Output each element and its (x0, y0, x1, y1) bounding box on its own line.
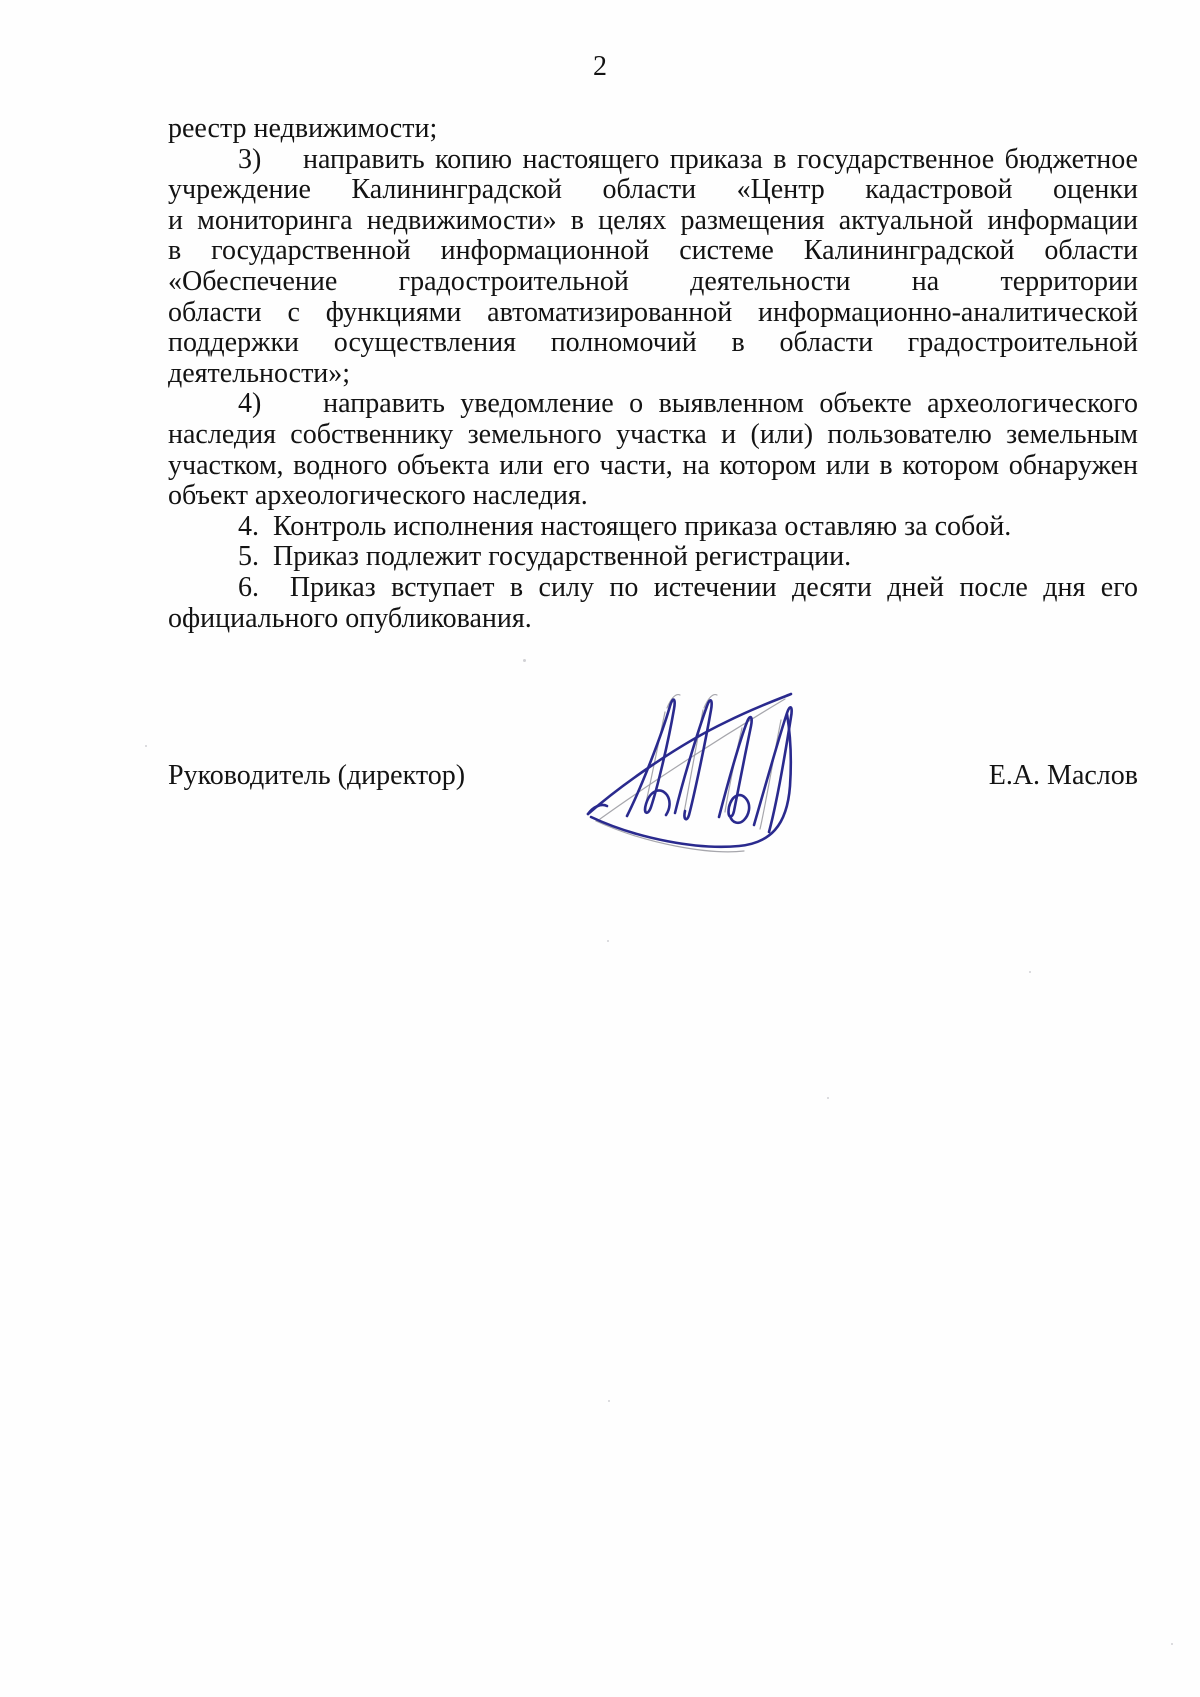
document-line: «Обеспечение градостроительной деятельно… (168, 267, 1138, 298)
document-line: объект археологического наследия. (168, 481, 1138, 512)
signature-ink-stroke (588, 694, 791, 814)
signatory-name: Е.А. Маслов (989, 760, 1138, 792)
document-line: официального опубликования. (168, 604, 1138, 635)
document-line: 4. Контроль исполнения настоящего приказ… (168, 512, 1138, 543)
scan-speck (523, 659, 526, 662)
signature-ink-stroke (627, 700, 675, 816)
signature-scribble (558, 648, 818, 853)
scan-speck (608, 1400, 610, 1402)
document-line: 6. Приказ вступает в силу по истечении д… (168, 573, 1138, 604)
document-line: области с функциями автоматизированной и… (168, 298, 1138, 329)
document-line: 5. Приказ подлежит государственной регис… (168, 542, 1138, 573)
signature-row: Руководитель (директор) Е.А. Маслов (168, 760, 1138, 792)
document-line: реестр недвижимости; (168, 114, 1138, 145)
document-line: 3) направить копию настоящего приказа в … (168, 145, 1138, 176)
signatory-role-label: Руководитель (директор) (168, 760, 465, 792)
page-number: 2 (0, 52, 1200, 82)
document-line: наследия собственнику земельного участка… (168, 420, 1138, 451)
document-body: реестр недвижимости;3) направить копию н… (168, 114, 1138, 634)
document-line: и мониторинга недвижимости» в целях разм… (168, 206, 1138, 237)
document-line: 4) направить уведомление о выявленном об… (168, 389, 1138, 420)
document-line: поддержки осуществления полномочий в обл… (168, 328, 1138, 359)
document-line: в государственной информационной системе… (168, 236, 1138, 267)
scan-speck (607, 940, 609, 942)
document-line: деятельности»; (168, 359, 1138, 390)
document-line: учреждение Калининградской области «Цент… (168, 175, 1138, 206)
scan-speck (827, 1097, 829, 1099)
document-page: 2 реестр недвижимости;3) направить копию… (0, 0, 1200, 1697)
scan-speck (1029, 971, 1031, 973)
scan-speck (1171, 1643, 1173, 1645)
scan-speck (145, 745, 147, 747)
document-line: участком, водного объекта или его части,… (168, 451, 1138, 482)
